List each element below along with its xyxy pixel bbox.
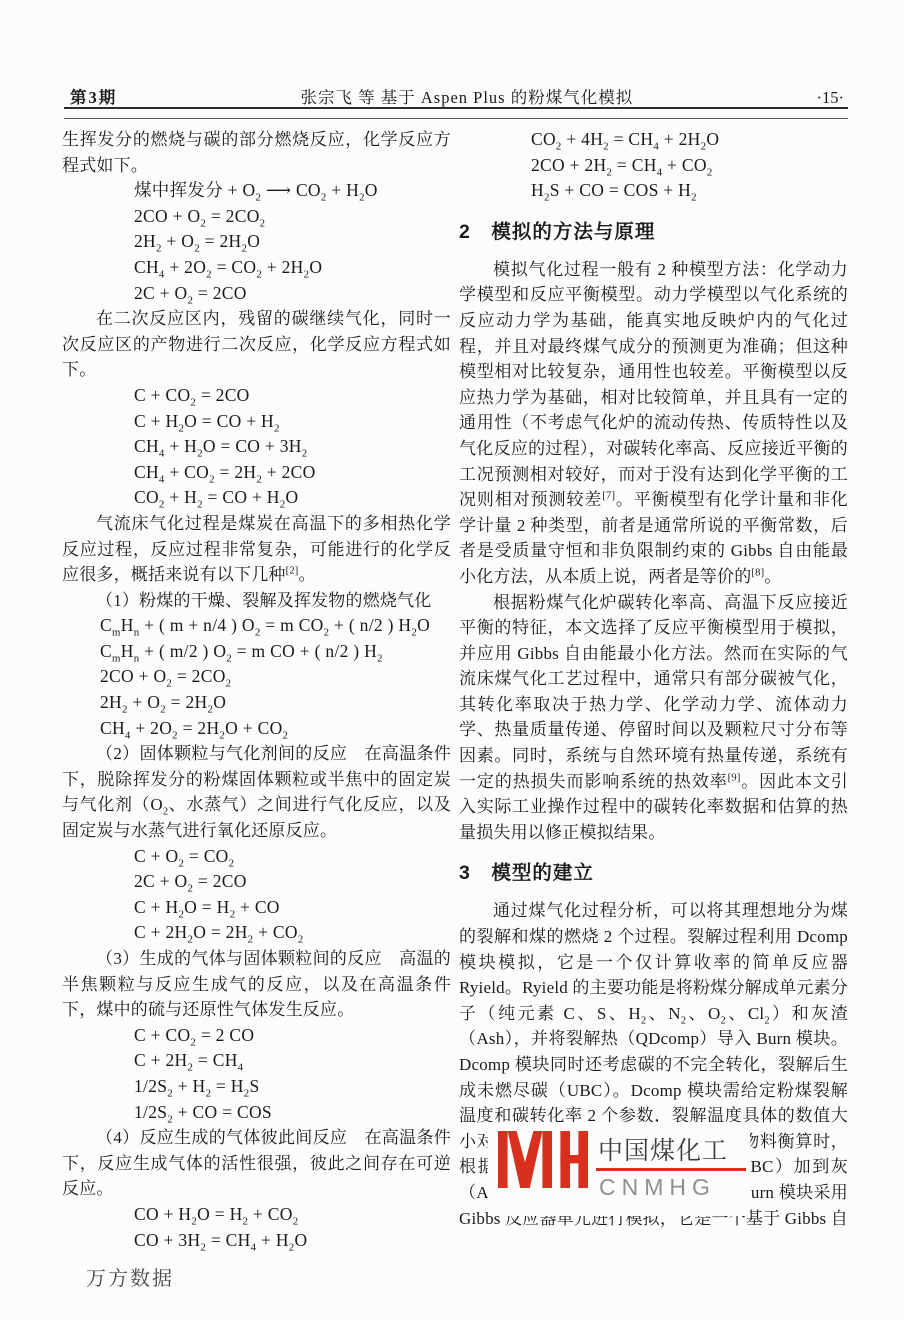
watermark: 中国煤化工 CNMHG [488, 1122, 750, 1216]
journal-issue: 第3期 [70, 84, 117, 108]
equation: CmHn + ( m + n/4 ) O2 = m CO2 + ( n/2 ) … [62, 613, 451, 639]
header-rule-top [64, 107, 848, 109]
column-left: 生挥发分的燃烧与碳的部分燃烧反应，化学反应方程式如下。煤中挥发分 + O2 ⟶ … [62, 127, 451, 1253]
equation: 2C + O2 = 2CO [62, 869, 451, 895]
equation: CO2 + 4H2 = CH4 + 2H2O [459, 127, 848, 153]
equation: C + 2H2O = 2H2 + CO2 [62, 920, 451, 946]
section-heading: 3 模型的建立 [459, 860, 848, 887]
equation: CH4 + H2O = CO + 3H2 [62, 434, 451, 460]
equation: C + 2H2 = CH4 [62, 1048, 451, 1074]
paragraph: 模拟气化过程一般有 2 种模型方法：化学动力学模型和反应平衡模型。动力学模型以气… [459, 257, 848, 590]
equation: 2CO + O2 = 2CO2 [62, 664, 451, 690]
watermark-abbr: CNMHG [599, 1174, 716, 1201]
equation: C + H2O = CO + H2 [62, 409, 451, 435]
equation: 2H2 + O2 = 2H2O [62, 690, 451, 716]
equation: 2CO + O2 = 2CO2 [62, 204, 451, 230]
paragraph: （1）粉煤的干燥、裂解及挥发物的燃烧气化 [62, 588, 451, 614]
equation: CH4 + 2O2 = CO2 + 2H2O [62, 255, 451, 281]
column-right: CO2 + 4H2 = CH4 + 2H2O2CO + 2H2 = CH4 + … [459, 127, 848, 1231]
equation: CmHn + ( m/2 ) O2 = m CO + ( n/2 ) H2 [62, 639, 451, 665]
section-heading: 2 模拟的方法与原理 [459, 219, 848, 246]
equation: CH4 + CO2 = 2H2 + 2CO [62, 460, 451, 486]
paragraph: 根据粉煤气化炉碳转化率高、高温下反应接近平衡的特征，本文选择了反应平衡模型用于模… [459, 590, 848, 846]
paragraph: （3）生成的气体与固体颗粒间的反应 高温的半焦颗粒与反应生成气的反应，以及在高温… [62, 946, 451, 1023]
watermark-underline [596, 1168, 746, 1171]
equation: C + H2O = H2 + CO [62, 895, 451, 921]
paragraph: （4）反应生成的气体彼此间反应 在高温条件下，反应生成气体的活性很强，彼此之间存… [62, 1125, 451, 1202]
equation: 1/2S2 + CO = COS [62, 1100, 451, 1126]
equation: 2H2 + O2 = 2H2O [62, 229, 451, 255]
equation-group: CO + H2O = H2 + CO2CO + 3H2 = CH4 + H2O [62, 1202, 451, 1253]
equation-group: CO2 + 4H2 = CH4 + 2H2O2CO + 2H2 = CH4 + … [459, 127, 848, 204]
equation: CO2 + H2 = CO + H2O [62, 485, 451, 511]
page: 第3期 张宗飞 等 基于 Aspen Plus 的粉煤气化模拟 ·15· 生挥发… [0, 0, 904, 1320]
equation: CO + 3H2 = CH4 + H2O [62, 1228, 451, 1254]
equation-group: C + CO2 = 2COC + H2O = CO + H2CH4 + H2O … [62, 383, 451, 511]
equation: C + O2 = CO2 [62, 844, 451, 870]
paragraph: 生挥发分的燃烧与碳的部分燃烧反应，化学反应方程式如下。 [62, 127, 451, 178]
paragraph: 在二次反应区内，残留的碳继续气化，同时一次反应区的产物进行二次反应，化学反应方程… [62, 306, 451, 383]
equation: 2C + O2 = 2CO [62, 281, 451, 307]
equation-group: C + O2 = CO22C + O2 = 2COC + H2O = H2 + … [62, 844, 451, 946]
footer-brand: 万方数据 [86, 1262, 174, 1291]
page-number: ·15· [817, 88, 845, 108]
paragraph: （2）固体颗粒与气化剂间的反应 在高温条件下，脱除挥发分的粉煤固体颗粒或半焦中的… [62, 741, 451, 843]
equation-group: CmHn + ( m + n/4 ) O2 = m CO2 + ( n/2 ) … [62, 613, 451, 741]
equation: CO + H2O = H2 + CO2 [62, 1202, 451, 1228]
equation: 煤中挥发分 + O2 ⟶ CO2 + H2O [62, 178, 451, 204]
equation: 1/2S2 + H2 = H2S [62, 1074, 451, 1100]
equation-group: C + CO2 = 2 COC + 2H2 = CH41/2S2 + H2 = … [62, 1023, 451, 1125]
equation: C + CO2 = 2CO [62, 383, 451, 409]
equation: C + CO2 = 2 CO [62, 1023, 451, 1049]
equation-group: 煤中挥发分 + O2 ⟶ CO2 + H2O2CO + O2 = 2CO22H2… [62, 178, 451, 306]
watermark-name: 中国煤化工 [598, 1131, 728, 1167]
running-title: 张宗飞 等 基于 Aspen Plus 的粉煤气化模拟 [117, 84, 816, 108]
header-rule-bottom [64, 118, 848, 119]
equation: H2S + CO = COS + H2 [459, 178, 848, 204]
equation: 2CO + 2H2 = CH4 + CO2 [459, 153, 848, 179]
paragraph: 气流床气化过程是煤炭在高温下的多相热化学反应过程，反应过程非常复杂，可能进行的化… [62, 511, 451, 588]
coal-chem-logo-icon [498, 1131, 588, 1188]
equation: CH4 + 2O2 = 2H2O + CO2 [62, 716, 451, 742]
page-header: 第3期 张宗飞 等 基于 Aspen Plus 的粉煤气化模拟 ·15· [70, 84, 844, 108]
